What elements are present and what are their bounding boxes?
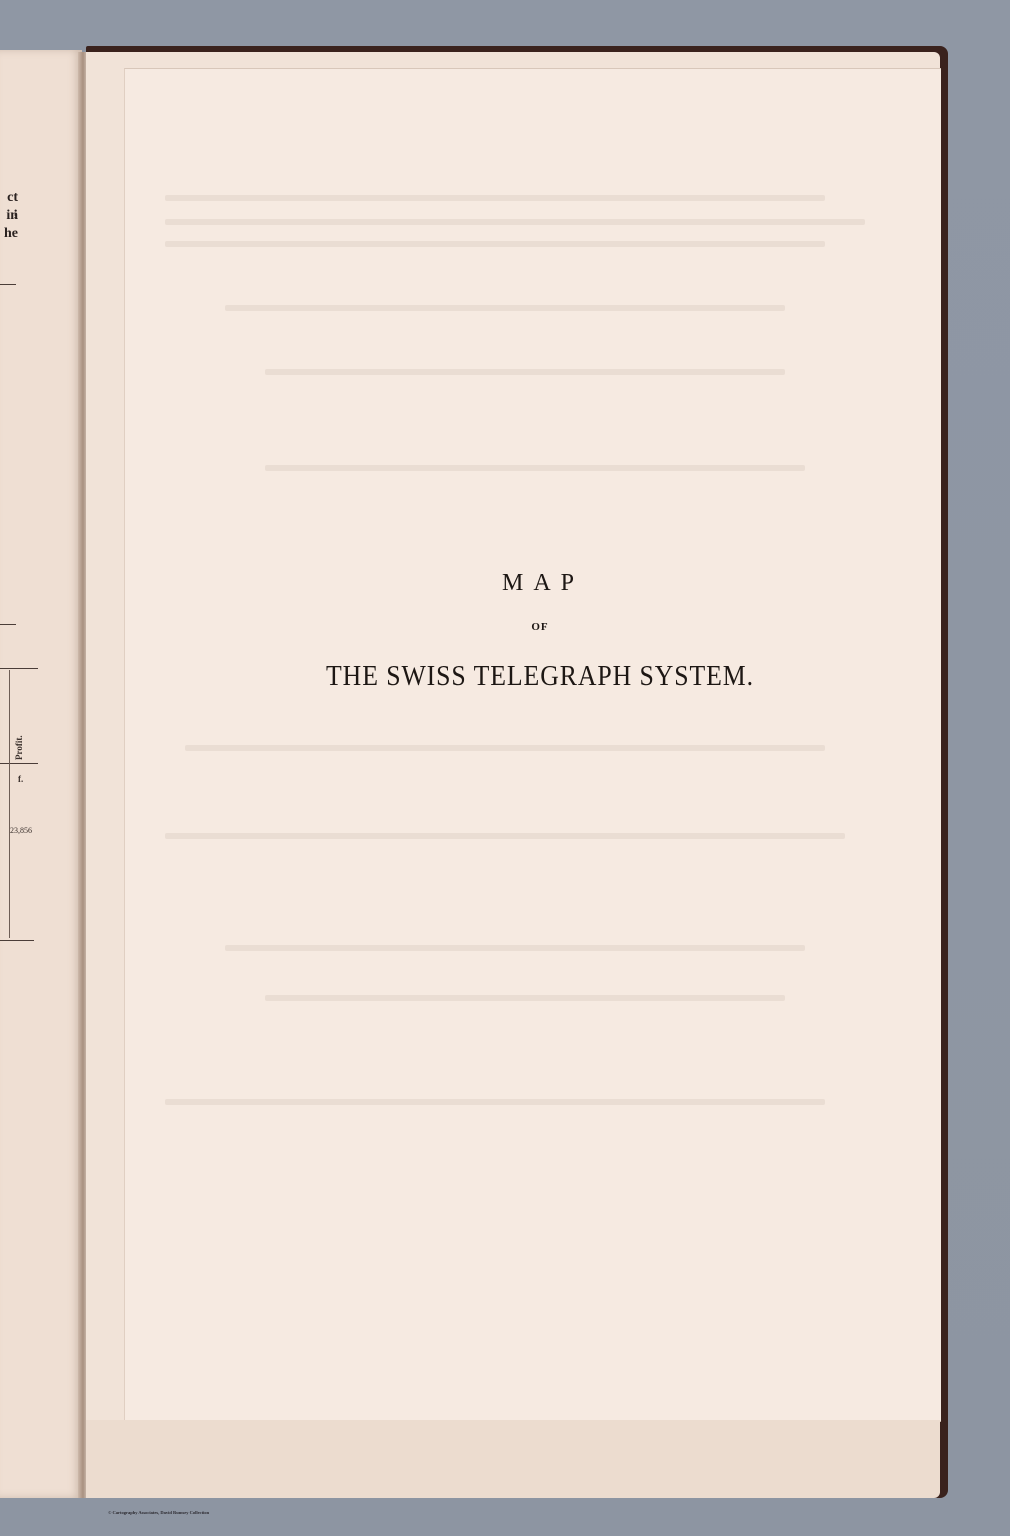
left-rule (0, 284, 16, 285)
left-rule (0, 624, 16, 625)
left-text-line: he (0, 226, 18, 241)
table-header-rule (0, 763, 38, 764)
bleed-through-text (165, 1099, 825, 1105)
bleed-through-text (165, 241, 825, 247)
title-block: MAP OF THE SWISS TELEGRAPH SYSTEM. (300, 570, 780, 693)
table-value: 23,856 (10, 826, 32, 835)
bleed-through-text (225, 305, 785, 311)
table-header-profit: Profit. (14, 735, 24, 760)
bleed-through-text (265, 995, 785, 1001)
table-unit: f. (18, 774, 23, 784)
bleed-through-text (265, 465, 805, 471)
page-bottom-margin (86, 1420, 940, 1498)
bleed-through-text (225, 945, 805, 951)
bleed-through-text (185, 745, 825, 751)
credit-line: © Cartography Associates, David Rumsey C… (108, 1510, 209, 1515)
table-top-rule (0, 668, 38, 669)
left-page (0, 50, 82, 1498)
bleed-through-text (265, 369, 785, 375)
bleed-through-text (165, 195, 825, 201)
left-text-line: in (0, 208, 18, 223)
bleed-through-text (165, 219, 865, 225)
title-main: THE SWISS TELEGRAPH SYSTEM. (319, 661, 761, 693)
page-plate-area (124, 68, 941, 1422)
title-map: MAP (306, 570, 780, 597)
title-of: OF (300, 621, 780, 633)
table-bottom-rule (0, 940, 34, 941)
bleed-through-text (165, 833, 845, 839)
table-column-rule (9, 670, 10, 938)
